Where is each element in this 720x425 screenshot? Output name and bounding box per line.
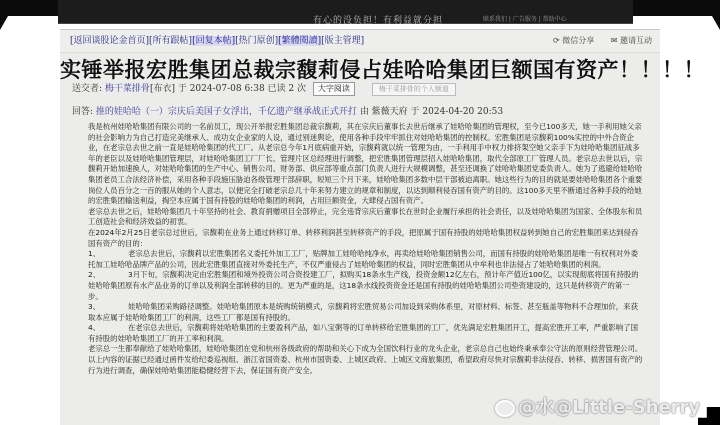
post-body: 我是杭州娃哈哈集团有限公司的一名前员工，现公开举报宏胜集团总裁宗馥莉，其在宗庆后… xyxy=(88,122,643,376)
mail-icon: ✉ xyxy=(611,36,618,45)
wechat-share-button[interactable]: ⟳ 微信分享 xyxy=(553,36,594,45)
reply-link[interactable]: 推的娃哈哈（一）宗庆后美国子女浮出，千亿遗产继承战正式开打 xyxy=(96,107,357,117)
photo-corner-bottom-right xyxy=(698,407,720,425)
top-banner: 有心的没负担！有利益就分担 联系我们 | 广告服务 | 帮助中心 xyxy=(0,0,720,16)
post-meta: 送交者: 梅干菜排骨[布衣] 于 2024-07-08 6:38 已读 2 次 … xyxy=(72,82,456,96)
closing-paragraph: 老宗总一生都奉献给了娃哈哈集团，娃哈哈集团在党和杭州各级政府的帮助和关心下成为全… xyxy=(88,344,643,376)
nav-link-home[interactable]: [返回谈股论金首页] xyxy=(70,36,149,46)
photo-corner-left xyxy=(0,16,8,30)
list-item: 2、3月下旬，宗馥莉决定由宏胜集团和境外投资公司合资投建工厂，拟购买18条水生产… xyxy=(88,270,643,302)
nav-links: [返回谈股论金首页][所有跟帖][回复本帖][热门原创][繁體閱讀][版主管理] xyxy=(70,30,364,52)
item-number: 1、 xyxy=(88,249,128,260)
share-icon: ⟳ xyxy=(553,36,560,45)
list-item: 4、在老宗总去世后，宗馥莉将娃哈哈集团的主要盈利产品，如八宝粥等的订单转移给宏胜… xyxy=(88,323,643,344)
personal-channel-button[interactable]: 梅干菜排骨的个人频道 xyxy=(372,83,456,96)
nav-actions: ⟳ 微信分享 ✉ 邀请互动 xyxy=(539,30,652,52)
reply-by: 由 紫薇天府 于 2024-04-20 20:53 xyxy=(360,107,503,117)
forum-page: [返回谈股论金首页][所有跟帖][回复本帖][热门原创][繁體閱讀][版主管理]… xyxy=(60,30,660,425)
item-number: 3、 xyxy=(88,302,128,313)
paragraph: 我是杭州娃哈哈集团有限公司的一名前员工，现公开举报宏胜集团总裁宗馥莉，其在宗庆后… xyxy=(88,122,643,207)
paragraph: 老宗总去世之后，娃哈哈集团几十年坚持的社会、教育捐赠项目全部停止，完全违背宗庆后… xyxy=(88,207,643,228)
weibo-watermark: @水@Little-Sherry xyxy=(495,393,700,419)
post-time: 于 2024-07-08 6:38 已读 2 次 xyxy=(178,84,306,94)
watermark-text: @水@Little-Sherry xyxy=(518,397,700,418)
item-text: 老宗总去世后，宗馥莉以宏胜集团名义委托外加工工厂，贴牌加工娃哈哈纯净水，再卖给娃… xyxy=(88,249,638,269)
item-number: 2、 xyxy=(88,270,128,281)
author-prefix: 送交者: xyxy=(72,84,102,94)
reply-to-line: 回答: 推的娃哈哈（一）宗庆后美国子女浮出，千亿遗产继承战正式开打 由 紫薇天府… xyxy=(72,104,503,117)
post-title: 实锤举报宏胜集团总裁宗馥莉侵占娃哈哈集团巨额国有资产！！！！ xyxy=(60,54,660,84)
list-item: 1、老宗总去世后，宗馥莉以宏胜集团名义委托外加工工厂，贴牌加工娃哈哈纯净水，再卖… xyxy=(88,249,643,270)
share-label: 微信分享 xyxy=(562,36,594,45)
banner-small-text: 联系我们 | 广告服务 | 帮助中心 xyxy=(483,14,567,23)
nav-link-traditional[interactable]: [繁體閱讀] xyxy=(278,36,321,46)
nav-link-admin[interactable]: [版主管理] xyxy=(321,36,364,46)
banner-slogan: 有心的没负担！有利益就分担 xyxy=(313,13,443,26)
item-text: 3月下旬，宗馥莉决定由宏胜集团和境外投资公司合资投建工厂，拟购买18条水生产线，… xyxy=(88,270,639,300)
weibo-icon xyxy=(495,400,515,417)
nav-link-reply[interactable]: [回复本帖] xyxy=(192,36,235,46)
invite-button[interactable]: ✉ 邀请互动 xyxy=(611,36,652,45)
paragraph: 在2024年2月25日老宗总过世后，宗馥莉在业务上通过转移订单、转移利润甚至转移… xyxy=(88,228,643,249)
nav-link-hot[interactable]: [热门原创] xyxy=(235,36,278,46)
item-text: 娃哈哈集团采购路径调整。娃哈哈集团原本是统购统销模式，宗馥莉将宏胜贸易公司加设到… xyxy=(88,302,638,322)
list-item: 3、娃哈哈集团采购路径调整。娃哈哈集团原本是统购统销模式，宗馥莉将宏胜贸易公司加… xyxy=(88,302,643,323)
photo-corner-right xyxy=(712,16,720,30)
big-read-button[interactable]: 大字阅读 xyxy=(313,82,355,96)
reply-prefix: 回答: xyxy=(72,107,93,117)
banner-inner: 有心的没负担！有利益就分担 联系我们 | 广告服务 | 帮助中心 xyxy=(58,0,633,24)
author-link[interactable]: 梅干菜排骨 xyxy=(105,84,150,94)
item-number: 4、 xyxy=(88,323,128,334)
forum-navbar: [返回谈股论金首页][所有跟帖][回复本帖][热门原创][繁體閱讀][版主管理]… xyxy=(60,30,660,53)
item-text: 在老宗总去世后，宗馥莉将娃哈哈集团的主要盈利产品，如八宝粥等的订单转移给宏胜集团… xyxy=(88,323,638,343)
invite-label: 邀请互动 xyxy=(620,36,652,45)
author-tag: [布衣] xyxy=(150,84,175,94)
nav-link-all-replies[interactable]: [所有跟帖] xyxy=(149,36,192,46)
